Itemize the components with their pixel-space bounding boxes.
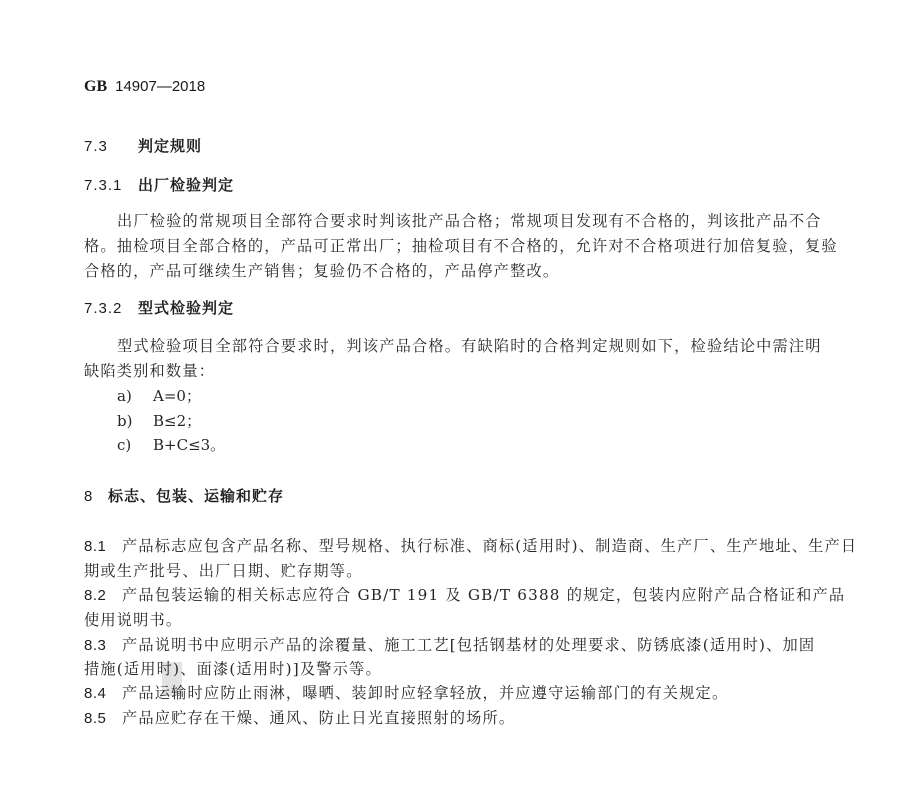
clause-continuation: 措施(适用时)、面漆(适用时)]及警示等。	[84, 658, 382, 679]
paragraph-line: 型式检验项目全部符合要求时，判该产品合格。有缺陷时的合格判定规则如下，检验结论中…	[117, 335, 822, 356]
clause-text: 产品包装运输的相关标志应符合 GB/T 191 及 GB/T 6388 的规定，…	[122, 586, 845, 604]
section-title: 判定规则	[138, 137, 202, 155]
list-item: c)B+C≤3。	[117, 434, 225, 455]
section-heading-8: 8标志、包装、运输和贮存	[84, 485, 284, 506]
clause-number: 8.4	[84, 685, 122, 702]
paragraph-line: 合格的，产品可继续生产销售；复验仍不合格的，产品停产整改。	[84, 260, 559, 281]
clause-text: 产品应贮存在干燥、通风、防止日光直接照射的场所。	[122, 709, 515, 727]
clause-text: 产品说明书中应明示产品的涂覆量、施工工艺[包括钢基材的处理要求、防锈底漆(适用时…	[122, 636, 815, 654]
standard-number: 14907—2018	[115, 78, 205, 95]
paragraph-line: 缺陷类别和数量：	[84, 360, 215, 381]
list-item: b)B≤2；	[117, 410, 201, 431]
list-item: a)A=0；	[117, 385, 201, 406]
clause-8-3: 8.3产品说明书中应明示产品的涂覆量、施工工艺[包括钢基材的处理要求、防锈底漆(…	[84, 634, 815, 655]
list-marker: c)	[117, 436, 153, 454]
paragraph-line: 格。抽检项目全部合格的，产品可正常出厂；抽检项目有不合格的，允许对不合格项进行加…	[84, 235, 838, 256]
section-number: 7.3	[84, 138, 138, 155]
list-text: B+C≤3。	[153, 436, 225, 454]
section-heading-7-3: 7.3判定规则	[84, 135, 202, 156]
clause-number: 8.1	[84, 538, 122, 555]
clause-8-2: 8.2产品包装运输的相关标志应符合 GB/T 191 及 GB/T 6388 的…	[84, 584, 845, 605]
clause-number: 8.3	[84, 637, 122, 654]
standard-prefix: GB	[84, 78, 107, 95]
section-title: 出厂检验判定	[138, 176, 234, 194]
clause-number: 8.5	[84, 710, 122, 727]
section-heading-7-3-2: 7.3.2型式检验判定	[84, 297, 234, 318]
paragraph-line: 出厂检验的常规项目全部符合要求时判该批产品合格；常规项目发现有不合格的，判该批产…	[117, 210, 822, 231]
clause-text: 产品运输时应防止雨淋，曝晒、装卸时应轻拿轻放，并应遵守运输部门的有关规定。	[122, 684, 728, 702]
clause-number: 8.2	[84, 587, 122, 604]
list-text: B≤2；	[153, 412, 201, 430]
clause-continuation: 使用说明书。	[84, 609, 182, 630]
list-marker: a)	[117, 387, 153, 405]
clause-continuation: 期或生产批号、出厂日期、贮存期等。	[84, 560, 363, 581]
section-heading-7-3-1: 7.3.1出厂检验判定	[84, 174, 234, 195]
clause-text: 产品标志应包含产品名称、型号规格、执行标准、商标(适用时)、制造商、生产厂、生产…	[122, 537, 857, 555]
list-marker: b)	[117, 412, 153, 430]
section-number: 7.3.2	[84, 300, 138, 317]
standard-header: GB14907—2018	[84, 78, 205, 96]
clause-8-1: 8.1产品标志应包含产品名称、型号规格、执行标准、商标(适用时)、制造商、生产厂…	[84, 535, 857, 556]
section-title: 型式检验判定	[138, 299, 234, 317]
section-number: 8	[84, 488, 108, 505]
list-text: A=0；	[153, 387, 201, 405]
clause-8-5: 8.5产品应贮存在干燥、通风、防止日光直接照射的场所。	[84, 707, 515, 728]
clause-8-4: 8.4产品运输时应防止雨淋，曝晒、装卸时应轻拿轻放，并应遵守运输部门的有关规定。	[84, 682, 728, 703]
section-title: 标志、包装、运输和贮存	[108, 487, 284, 505]
section-number: 7.3.1	[84, 177, 138, 194]
